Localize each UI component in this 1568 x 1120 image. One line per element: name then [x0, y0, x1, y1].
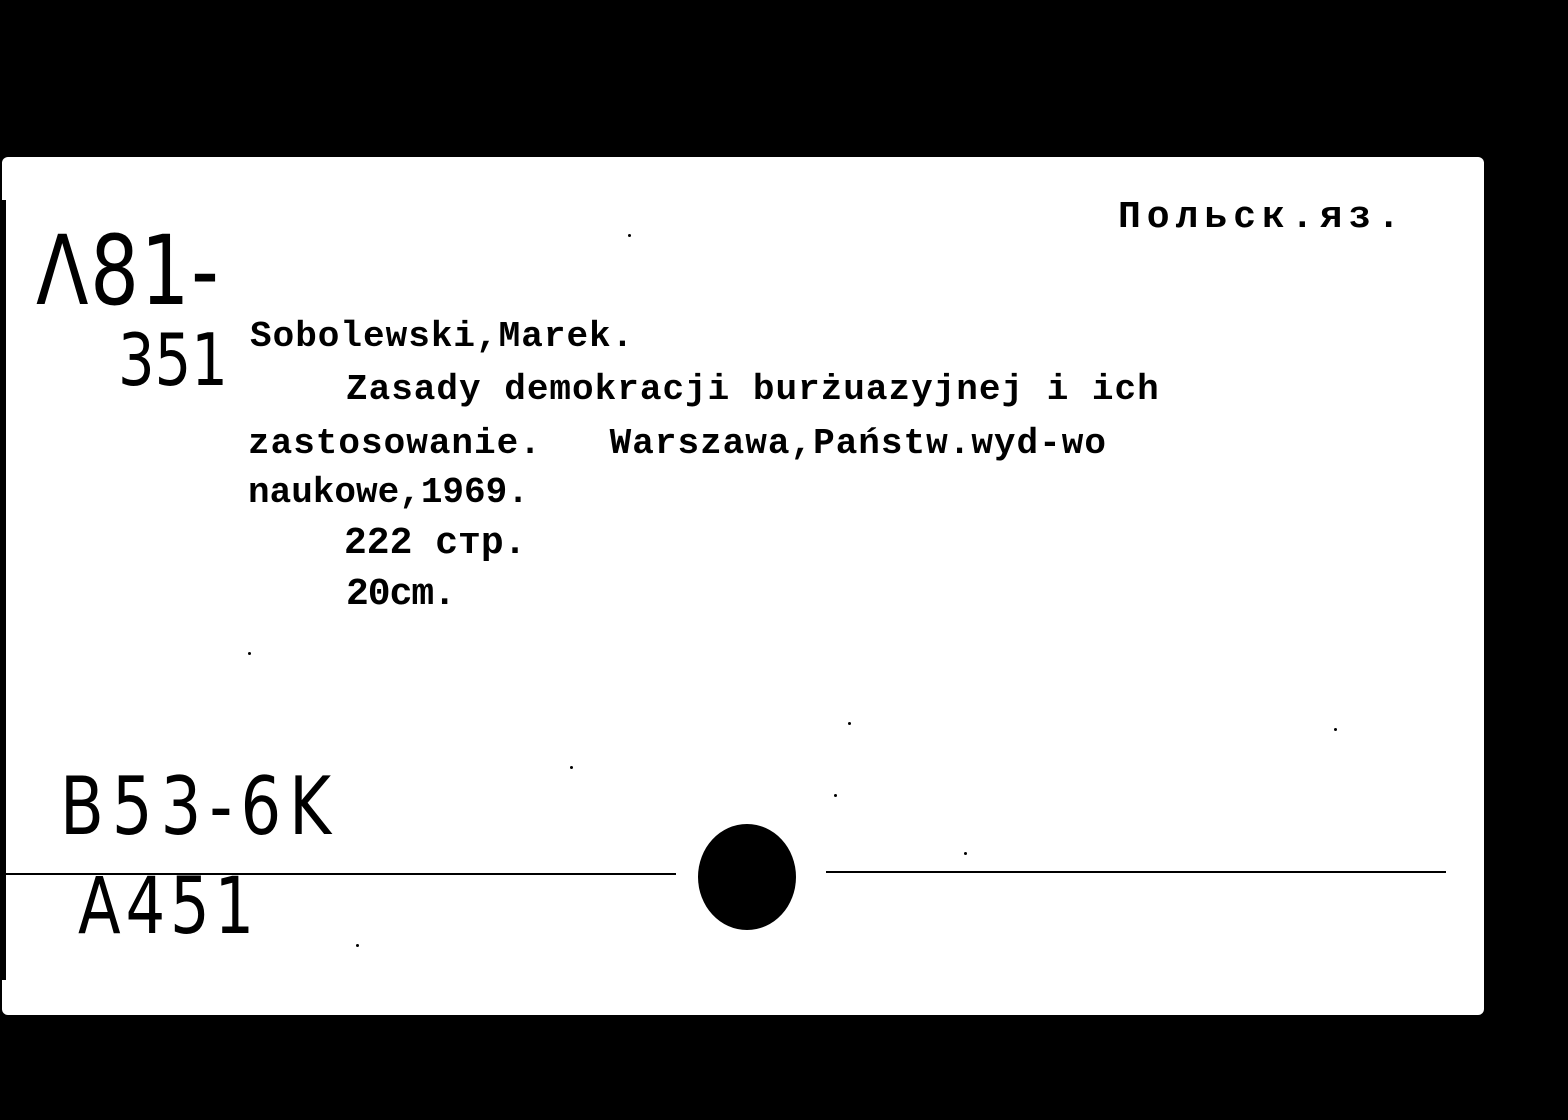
- speck: [356, 944, 359, 947]
- shelf-mark-top: B53-6K: [60, 760, 339, 853]
- call-number-bottom: 351: [118, 318, 228, 402]
- title-line-1: Zasady demokracji burżuazyjnej i ich: [346, 369, 1160, 410]
- speck: [570, 766, 573, 769]
- punch-hole: [698, 824, 796, 930]
- speck: [834, 794, 837, 797]
- call-number-top: Λ81-: [36, 215, 220, 327]
- speck: [248, 652, 251, 655]
- speck: [628, 234, 631, 237]
- speck: [964, 852, 967, 855]
- language-label: Польск.яз.: [1118, 196, 1406, 239]
- speck: [1334, 728, 1337, 731]
- pagination: 222 стр.: [344, 522, 526, 565]
- dimensions: 20cm.: [346, 573, 455, 616]
- author-heading: Sobolewski,Marek.: [250, 316, 634, 357]
- shelf-mark-bottom: A451: [78, 862, 259, 952]
- card-left-edge: [2, 200, 6, 980]
- speck: [848, 722, 851, 725]
- title-line-2: zastosowanie. Warszawa,Państw.wyd-wo: [248, 423, 1107, 464]
- divider-line-right: [826, 871, 1446, 873]
- imprint-line: naukowe,1969.: [248, 472, 529, 513]
